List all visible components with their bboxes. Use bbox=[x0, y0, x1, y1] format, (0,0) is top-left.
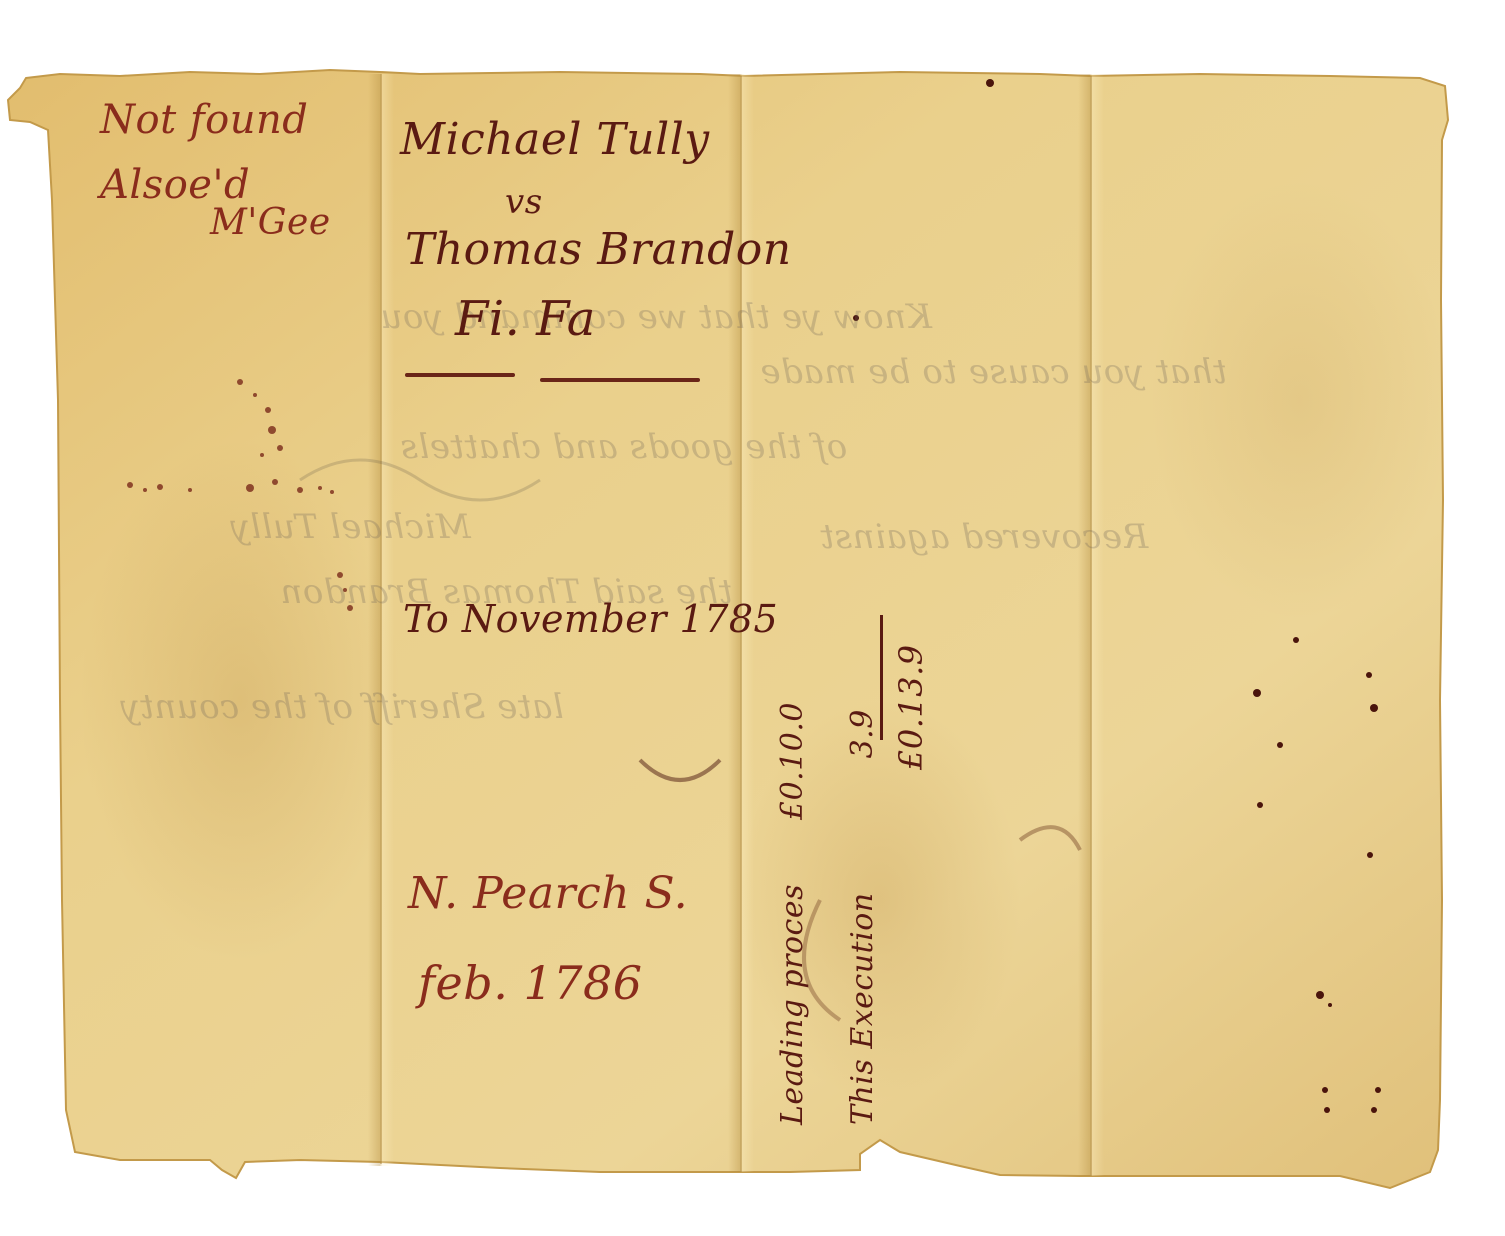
return-term: To November 1785 bbox=[403, 600, 778, 638]
defendant-name: Thomas Brandon bbox=[405, 228, 792, 272]
plaintiff-name: Michael Tully bbox=[400, 118, 710, 162]
endorsement-date: feb. 1786 bbox=[418, 960, 643, 1006]
bleed-through-line: late Sheriff of the county bbox=[120, 690, 564, 724]
sheriff-signature: N. Pearch S. bbox=[408, 872, 688, 916]
costs-total: £0.13.9 bbox=[895, 644, 927, 770]
note-sheriff-name: M'Gee bbox=[210, 205, 331, 241]
bleed-through-line: Recovered against bbox=[820, 520, 1148, 554]
cost-label: Leading proces bbox=[775, 884, 810, 1125]
note-not-found: Not found bbox=[100, 100, 308, 140]
cost-amount: 3.9 bbox=[845, 709, 880, 758]
caption-underline-left bbox=[405, 373, 515, 377]
cost-label: This Execution bbox=[845, 892, 880, 1125]
cost-total-amount: £0.13.9 bbox=[892, 644, 930, 770]
costs-row-2: This Execution 3.9 bbox=[848, 709, 878, 1125]
cost-amount: £0.10.0 bbox=[775, 702, 810, 820]
bleed-through-line: that you cause to be made bbox=[760, 355, 1227, 389]
note-alsoed: Alsoe'd bbox=[100, 165, 250, 205]
caption-underline-right bbox=[540, 378, 700, 382]
document-sheet: Know ye that we command you that you cau… bbox=[0, 0, 1505, 1236]
writ-type: Fi. Fa bbox=[455, 295, 596, 343]
costs-sum-rule bbox=[880, 615, 883, 740]
versus-label: vs bbox=[505, 185, 543, 219]
costs-row-1: Leading proces £0.10.0 bbox=[778, 702, 808, 1125]
bleed-through-line: of the goods and chattels bbox=[400, 430, 847, 464]
bleed-through-line: Michael Tully bbox=[230, 510, 471, 544]
